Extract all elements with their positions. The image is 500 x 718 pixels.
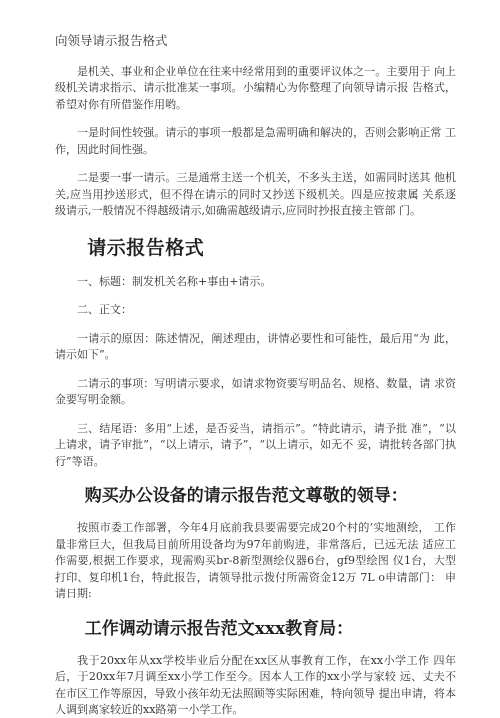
paragraph-closing-rule: 三、结尾语：多用“上述，是否妥当，请指示”。“特此请示，请予批 准”，“以上请求… [55, 421, 456, 471]
paragraph-timeliness: 一是时间性较强。请示的事项一般都是急需明确和解决的，否则会影响正常 工作，因此时… [55, 125, 456, 158]
paragraph-title-rule: 一、标题：制发机关名称+事由+请示。 [55, 274, 456, 291]
paragraph-purchase-body: 按照市委工作部署，今年4月底前我县要需要完成20个村的’实地测绘， 工作量非常巨… [55, 520, 456, 603]
paragraph-submission-rules: 二是要一事一请示。三是通常主送一个机关，不多头主送，如需同时送其 他机关,应当用… [55, 170, 456, 220]
doc-title-line: 向领导请示报告格式 [55, 33, 456, 50]
heading-purchase-sample: 购买办公设备的请示报告范文尊敬的领导： [55, 485, 456, 507]
paragraph-reason-rule: 一请示的原因：陈述情况，阐述理由，讲情必要性和可能性，最后用“为 此，请示如下”… [55, 331, 456, 364]
heading-transfer-sample: 工作调动请示报告范文xxx教育局： [55, 618, 456, 640]
document-page: 向领导请示报告格式 是机关、事业和企业单位在往来中经常用到的重要评议体之一。主要… [0, 0, 500, 718]
paragraph-transfer-body: 我于20xx年从xx学校毕业后分配在xx区从事教育工作，在xx小学工作 四年后，… [55, 653, 456, 718]
heading-report-format: 请示报告格式 [55, 236, 456, 261]
paragraph-body-rule: 二、正文： [55, 302, 456, 319]
paragraph-items-rule: 二请示的事项：写明请示要求，如请求物资要写明品名、规格、数量，请 求资金要写明金… [55, 376, 456, 409]
paragraph-intro: 是机关、事业和企业单位在往来中经常用到的重要评议体之一。主要用于 向上级机关请求… [55, 64, 456, 114]
